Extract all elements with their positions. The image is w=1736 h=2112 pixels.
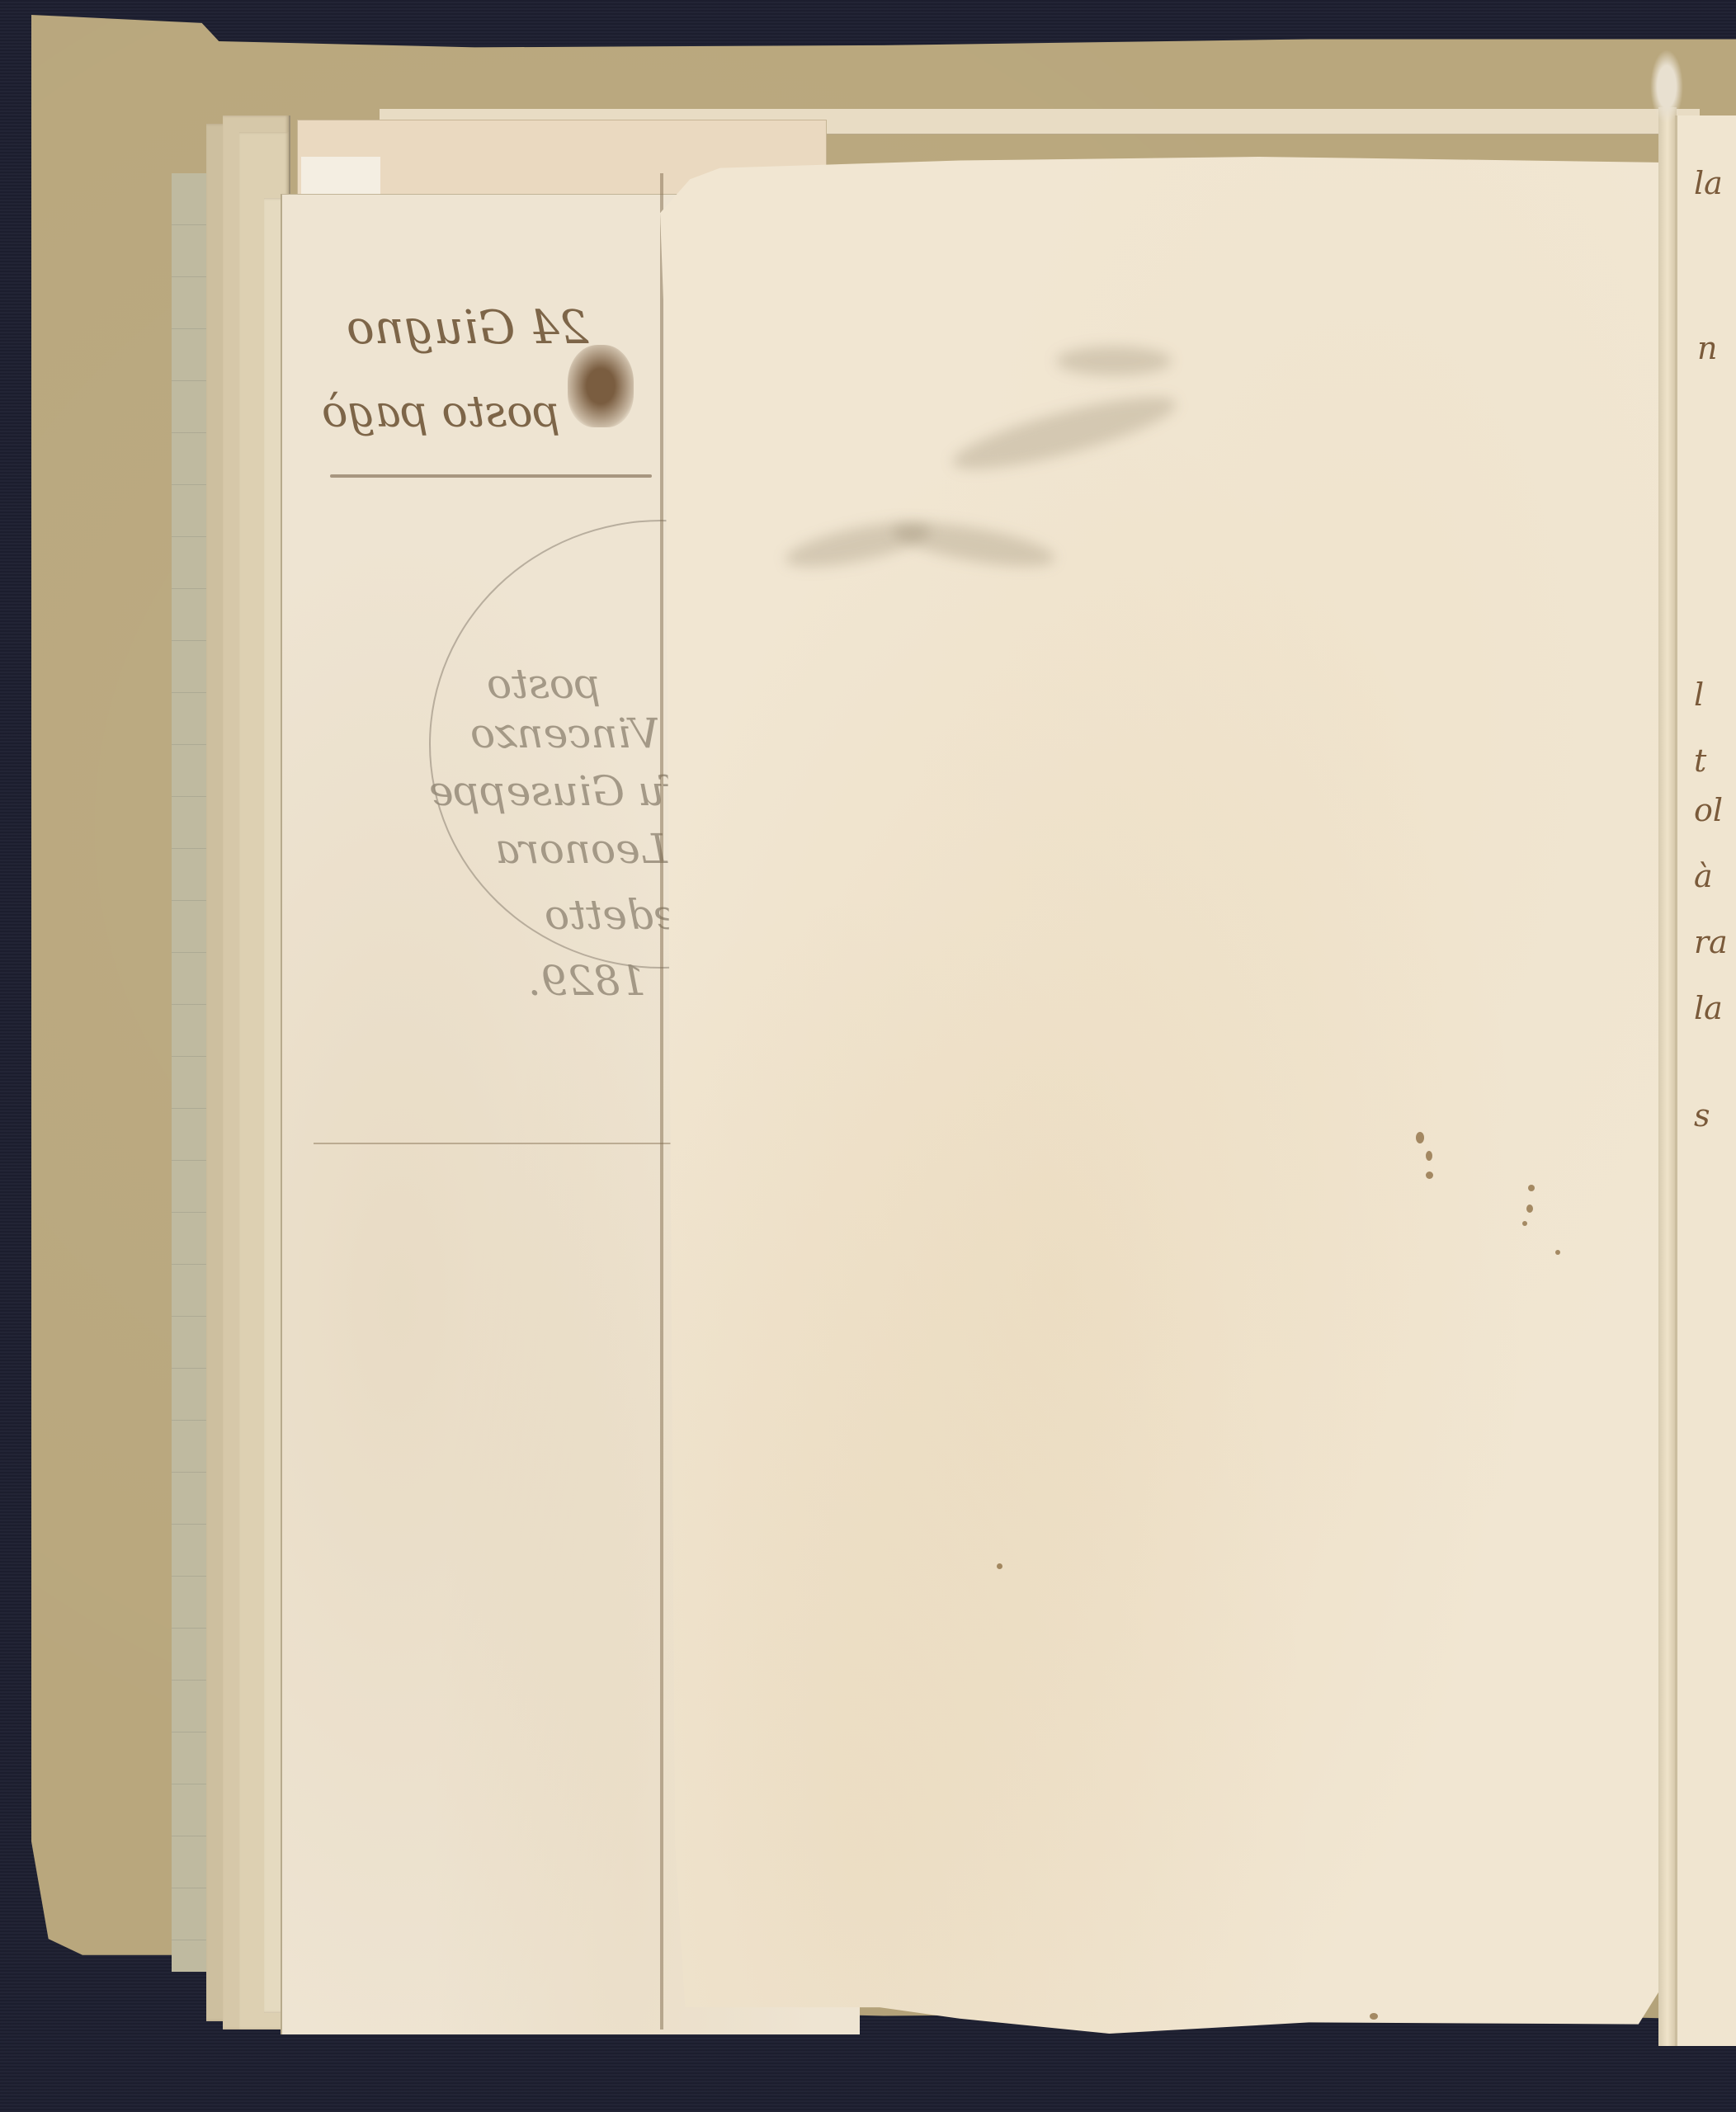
ink-blot [568,345,634,427]
facing-text-fragment: s [1694,1097,1710,1134]
binding-thread [1650,49,1683,124]
pencil-note-line: Leonora [495,825,668,873]
foxing-spot [1522,1221,1527,1226]
foxing-spot [1426,1151,1432,1161]
foxing-spot [1526,1204,1533,1213]
facing-text-fragment: n [1697,330,1717,366]
facing-text-fragment: t [1694,742,1706,779]
foxing-spot [1555,1250,1560,1255]
front-sheet-shadow [660,173,663,2029]
facing-text-fragment: la [1694,165,1723,201]
graphite-smudge [1056,346,1172,375]
pencil-note-line: fu Giuseppe [429,767,680,815]
ink-rule-stroke [330,474,652,478]
front-blank-sheet [660,157,1658,2034]
foxing-spot [1370,2013,1378,2020]
facing-text-fragment: l [1694,676,1704,713]
foxing-spot [1416,1132,1424,1143]
foxing-spot [997,1563,1002,1569]
facing-text-fragment: à [1694,858,1713,894]
binding-gutter [1658,107,1677,2046]
bleedthrough-text-line-1: 24 Giugno [347,301,588,355]
facing-text-fragment: la [1694,990,1723,1026]
foxing-spot [1426,1171,1433,1179]
pencil-note-line: 1829. [528,957,646,1005]
fold-crease [314,1143,710,1144]
pencil-note-line: posto [487,660,601,708]
bleedthrough-text-line-2: posto pagò [322,388,560,437]
facing-text-fragment: ol [1694,792,1723,828]
foxing-spot [1528,1185,1535,1191]
facing-text-fragment: ra [1694,924,1728,960]
facing-page-edge: la n l t ol à ra la s [1675,115,1736,2046]
pencil-note-line: Vincenzo [470,709,660,757]
